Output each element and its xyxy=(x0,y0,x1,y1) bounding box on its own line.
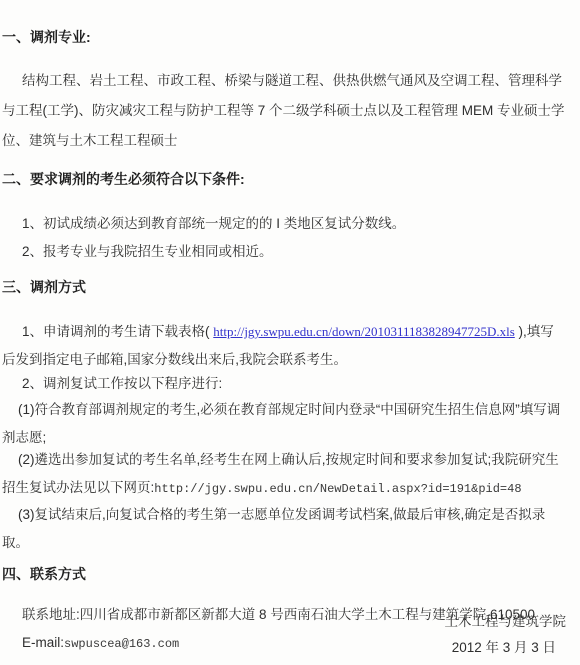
section3-heading: 三、调剂方式 xyxy=(2,278,566,296)
document-page: 一、调剂专业: 结构工程、岩土工程、市政工程、桥梁与隧道工程、供热供燃气通风及空… xyxy=(0,0,580,665)
section3-item-2: 2、调剂复试工作按以下程序进行: xyxy=(2,370,566,398)
section4-heading: 四、联系方式 xyxy=(2,565,566,583)
signature-college: 土木工程与建筑学院 xyxy=(445,612,567,632)
section2-item-1: 1、初试成绩必须达到教育部统一规定的的 I 类地区复试分数线。 xyxy=(2,210,566,238)
section2-item-2: 2、报考专业与我院招生专业相同或相近。 xyxy=(2,238,566,266)
document-footer: 土木工程与建筑学院 2012 年 3 月 3 日 xyxy=(445,612,567,658)
download-form-link[interactable]: http://jgy.swpu.edu.cn/down/201031118382… xyxy=(213,324,515,339)
section3-item-1: 1、申请调剂的考生请下载表格( http://jgy.swpu.edu.cn/d… xyxy=(2,318,566,374)
section3-subitem-3: (3)复试结束后,向复试合格的考生第一志愿单位发函调考试档案,做最后审核,确定是… xyxy=(2,501,566,557)
section3-subitem-2: (2)遴选出参加复试的考生名单,经考生在网上确认后,按规定时间和要求参加复试;我… xyxy=(2,446,566,503)
section1-paragraph: 结构工程、岩土工程、市政工程、桥梁与隧道工程、供热供燃气通风及空调工程、管理科学… xyxy=(2,66,566,156)
section2-heading: 二、要求调剂的考生必须符合以下条件: xyxy=(2,170,566,188)
email-address: swpuscea@163.com xyxy=(64,637,179,651)
reexam-rules-url: http://jgy.swpu.edu.cn/NewDetail.aspx?id… xyxy=(154,482,521,496)
download-form-text: 1、申请调剂的考生请下载表格( xyxy=(22,324,213,339)
section3-subitem-1: (1)符合教育部调剂规定的考生,必须在教育部规定时间内登录“中国研究生招生信息网… xyxy=(2,396,566,452)
section1-heading: 一、调剂专业: xyxy=(2,28,566,46)
email-label: E-mail: xyxy=(22,635,64,650)
signature-date: 2012 年 3 月 3 日 xyxy=(445,638,557,658)
